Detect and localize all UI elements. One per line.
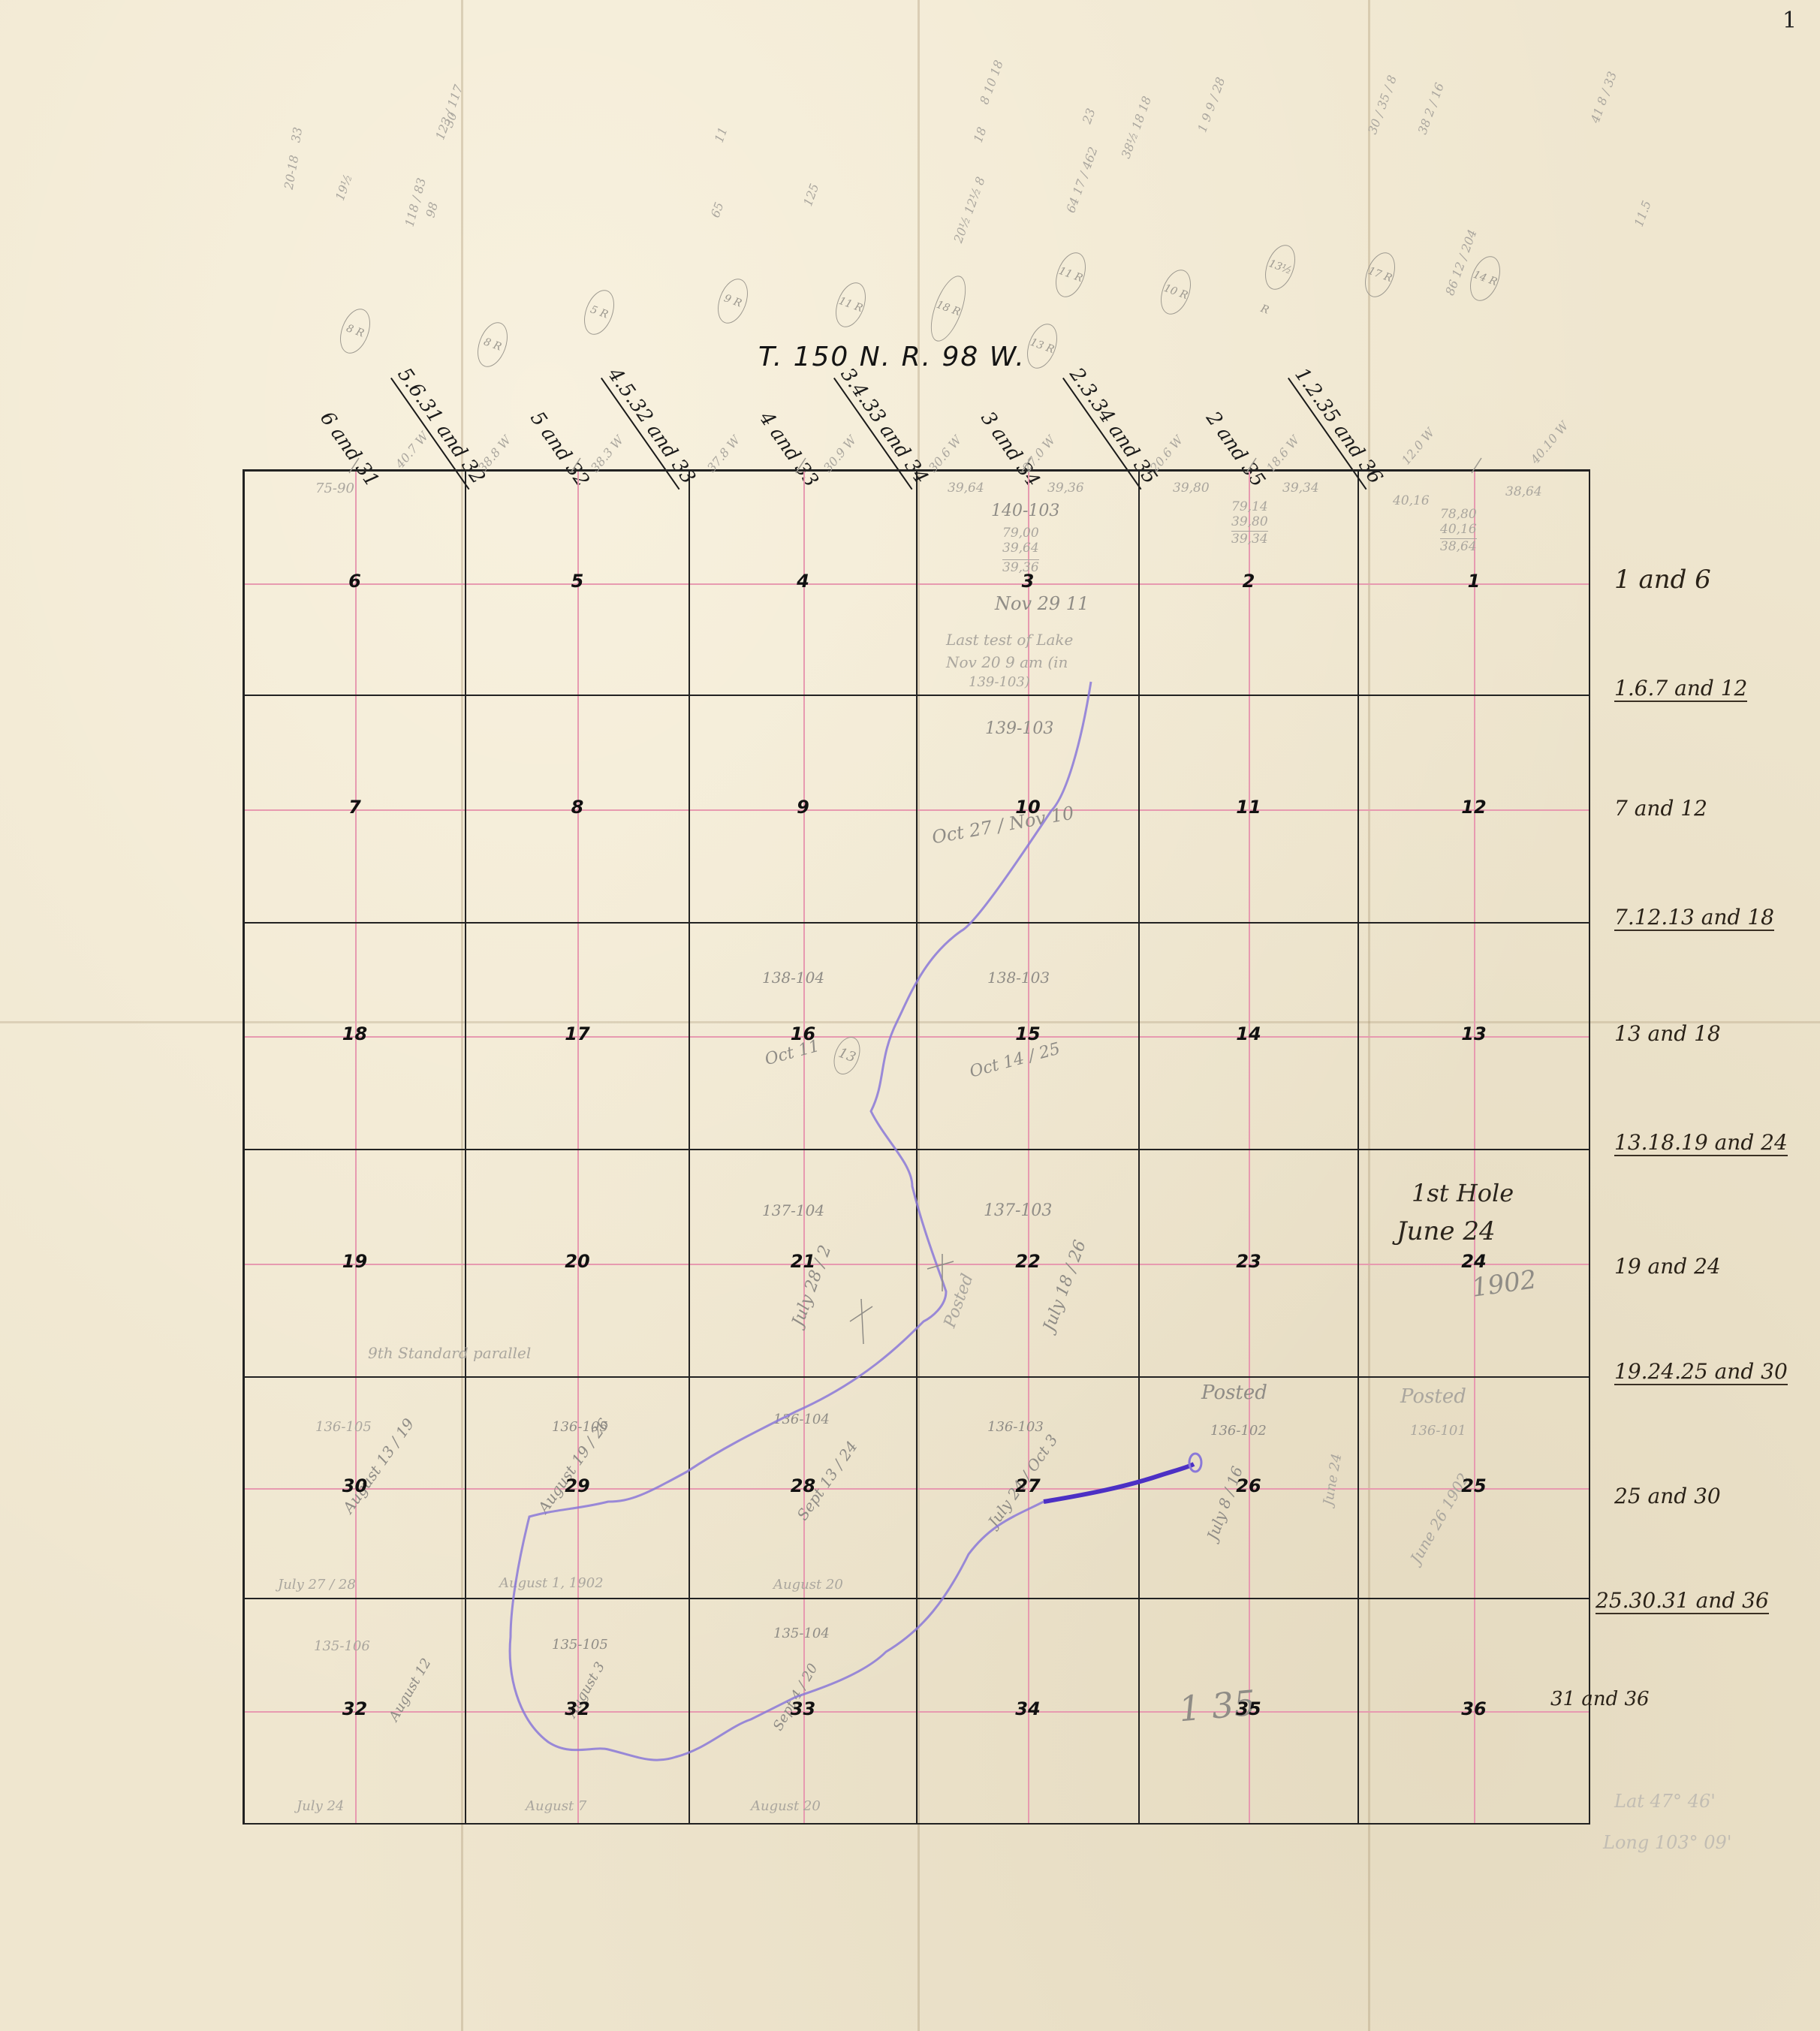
side-label: 25 and 30: [1614, 1484, 1721, 1508]
section-cell: 14: [1140, 924, 1359, 1150]
section-number: 33: [791, 1698, 815, 1719]
pencil-figure: 20-18: [282, 154, 302, 191]
section-number: 28: [791, 1475, 815, 1496]
section-cell: 9: [690, 696, 918, 924]
section-cell: 27: [918, 1378, 1140, 1599]
pencil-figure: 20½ 12½ 8: [951, 175, 987, 245]
section-cell: 34: [918, 1599, 1140, 1825]
pencil-figure: 38 2 / 16: [1415, 81, 1447, 137]
section-number: 24: [1461, 1251, 1486, 1272]
annotation: Nov 20 9 am (in: [946, 653, 1068, 671]
circled-note: 11 R: [1050, 249, 1091, 302]
section-number: 13: [1461, 1023, 1486, 1044]
section-cell: 5: [466, 469, 690, 696]
section-number: 11: [1236, 797, 1261, 818]
section-cell: 32: [243, 1599, 466, 1825]
section-cell: 4: [690, 469, 918, 696]
annotation: 138-104: [762, 969, 824, 987]
pencil-figure: 125: [800, 182, 821, 208]
annotation: August 20: [773, 1577, 843, 1593]
section-cell: 12: [1359, 696, 1590, 924]
annotation: 135-104: [773, 1626, 830, 1641]
side-label: 13 and 18: [1614, 1021, 1721, 1046]
section-number: 21: [791, 1251, 815, 1272]
section-cell: 17: [466, 924, 690, 1150]
section-number: 4: [797, 571, 809, 592]
pencil-figure: 33: [288, 126, 305, 143]
annotation: 39,80: [1231, 514, 1268, 529]
annotation: 39,64: [948, 481, 984, 496]
section-number: 36: [1461, 1698, 1486, 1719]
annotation: 135-105: [552, 1637, 608, 1653]
township-grid: 6543217891011121817161514131920212223243…: [243, 469, 1590, 1825]
pencil-figure: 118 / 83: [402, 176, 429, 228]
annotation: July 27 / 28: [278, 1577, 356, 1593]
section-cell: 29: [466, 1378, 690, 1599]
annotation: 136-101: [1410, 1423, 1466, 1439]
pencil-figure: 38½ 18 18: [1119, 94, 1155, 160]
section-number: 7: [348, 797, 361, 818]
section-number: 12: [1461, 797, 1486, 818]
section-cell: 36: [1359, 1599, 1590, 1825]
section-number: 27: [1015, 1475, 1040, 1496]
annotation: Nov 29 11: [995, 593, 1089, 614]
side-label: 19 and 24: [1614, 1254, 1721, 1279]
annotation: Posted: [1201, 1382, 1267, 1404]
annotation: Last test of Lake: [946, 631, 1073, 649]
annotation: 136-104: [773, 1412, 830, 1427]
annotation: 137-104: [762, 1201, 824, 1219]
pencil-figure: 18: [971, 125, 990, 145]
pencil-figure: 65: [708, 200, 727, 220]
pencil-figure: 64 17 / 462: [1063, 145, 1100, 215]
side-label: 1 and 6: [1614, 565, 1711, 595]
side-label: 7 and 12: [1614, 796, 1707, 821]
pencil-figure: 98: [423, 200, 441, 219]
annotation: 39,80: [1173, 481, 1210, 496]
annotation: 138-103: [987, 969, 1050, 987]
section-number: 23: [1236, 1251, 1261, 1272]
section-number: 30: [342, 1475, 367, 1496]
annotation: 136-105: [315, 1419, 372, 1435]
annotation: 39,34: [1231, 531, 1268, 547]
annotation: August 20: [751, 1798, 821, 1814]
section-number: 10: [1015, 797, 1040, 818]
section-cell: 16: [690, 924, 918, 1150]
circled-note: 11 R: [830, 279, 871, 332]
circled-note: 18 R: [924, 272, 972, 346]
section-number: 34: [1015, 1698, 1040, 1719]
circled-note: 17 R: [1359, 249, 1400, 302]
pencil-figure: 11: [712, 125, 731, 145]
section-cell: 13: [1359, 924, 1590, 1150]
annotation: 1st Hole: [1412, 1179, 1514, 1207]
side-label: 31 and 36: [1550, 1688, 1650, 1710]
township-title: T. 150 N. R. 98 W.: [758, 342, 1026, 372]
annotation: 75-90: [315, 481, 354, 496]
longitude-note: Long 103° 09': [1603, 1832, 1731, 1853]
circled-note: 5 R: [578, 286, 619, 339]
annotation: 39,64: [1002, 541, 1039, 556]
circled-note: 14 R: [1464, 252, 1505, 306]
section-cell: 22: [918, 1150, 1140, 1378]
circled-note: 8 R: [334, 305, 375, 358]
annotation: 135-106: [314, 1638, 370, 1654]
side-label: 25.30.31 and 36: [1596, 1588, 1769, 1614]
section-cell: 18: [243, 924, 466, 1150]
pencil-figure: 19½: [333, 172, 355, 202]
section-number: 1: [1468, 571, 1481, 592]
section-number: 16: [791, 1023, 815, 1044]
annotation: 79,00: [1002, 526, 1039, 541]
circled-note: 10 R: [1155, 266, 1196, 319]
section-number: 8: [571, 797, 584, 818]
annotation: 136-103: [987, 1419, 1044, 1435]
annotation: 139-103): [969, 674, 1030, 690]
annotation: June 24: [1397, 1216, 1496, 1246]
annotation: 39,36: [1047, 481, 1084, 496]
circled-note: 13 R: [1021, 320, 1062, 373]
annotation: 38,64: [1440, 538, 1477, 554]
section-number: 9: [797, 797, 809, 818]
page-mark: 1: [1782, 8, 1797, 34]
annotation: 9th Standard parallel: [368, 1344, 531, 1362]
annotation: Posted: [1400, 1385, 1466, 1408]
annotation: 136-102: [1210, 1423, 1267, 1439]
pencil-figure: 1 9 9 / 28: [1195, 75, 1228, 134]
section-cell: 32: [466, 1599, 690, 1825]
section-cell: 21: [690, 1150, 918, 1378]
pencil-figure: 11.5: [1632, 199, 1654, 229]
section-number: 6: [348, 571, 361, 592]
annotation: 139-103: [985, 719, 1053, 738]
side-label: 13.18.19 and 24: [1614, 1130, 1788, 1156]
section-number: 15: [1015, 1023, 1040, 1044]
section-number: 35: [1236, 1698, 1261, 1719]
section-number: 26: [1236, 1475, 1261, 1496]
section-number: 2: [1243, 571, 1255, 592]
section-number: 5: [571, 571, 584, 592]
side-label: 1.6.7 and 12: [1614, 676, 1747, 702]
section-cell: 15: [918, 924, 1140, 1150]
section-number: 19: [342, 1251, 367, 1272]
annotation: August 1, 1902: [499, 1575, 604, 1591]
circled-note: 9 R: [712, 275, 753, 328]
section-number: 14: [1236, 1023, 1261, 1044]
chain-distance: 40.10 W: [1528, 419, 1571, 467]
section-number: 20: [565, 1251, 589, 1272]
section-number: 32: [342, 1698, 367, 1719]
annotation: 40,16: [1440, 522, 1477, 537]
section-number: 17: [565, 1023, 589, 1044]
annotation: 38,64: [1505, 484, 1542, 499]
section-cell: 35: [1140, 1599, 1359, 1825]
side-label: 19.24.25 and 30: [1614, 1359, 1788, 1385]
section-cell: 25: [1359, 1378, 1590, 1599]
latitude-note: Lat 47° 46': [1614, 1791, 1716, 1812]
circled-note: 8 R: [472, 318, 513, 372]
side-label: 7.12.13 and 18: [1614, 905, 1774, 931]
section-number: 29: [565, 1475, 589, 1496]
annotation: 78,80: [1440, 507, 1477, 522]
annotation: 40,16: [1393, 493, 1430, 508]
annotation: 39,34: [1282, 481, 1319, 496]
section-cell: 6: [243, 469, 466, 696]
section-cell: 23: [1140, 1150, 1359, 1378]
annotation: 140-103: [991, 502, 1059, 520]
section-cell: 30: [243, 1378, 466, 1599]
annotation: 79,14: [1231, 499, 1268, 514]
pencil-figure: 23: [1080, 107, 1098, 126]
annotation: 137-103: [984, 1201, 1052, 1220]
section-number: 32: [565, 1698, 589, 1719]
annotation: July 24: [297, 1798, 344, 1814]
annotation: August 7: [526, 1798, 586, 1814]
pencil-figure: 41 8 / 33: [1588, 70, 1620, 125]
circled-note: 13½ R: [1259, 241, 1300, 294]
pencil-figure: 8 10 18: [977, 59, 1006, 107]
section-number: 22: [1015, 1251, 1040, 1272]
chain-distance: 40.7 W: [393, 429, 431, 472]
section-number: 25: [1461, 1475, 1486, 1496]
section-cell: 11: [1140, 696, 1359, 924]
section-cell: 7: [243, 696, 466, 924]
chain-distance: 12.0 W: [1399, 426, 1437, 468]
section-number: 3: [1022, 571, 1035, 592]
section-cell: 8: [466, 696, 690, 924]
section-number: 18: [342, 1023, 367, 1044]
